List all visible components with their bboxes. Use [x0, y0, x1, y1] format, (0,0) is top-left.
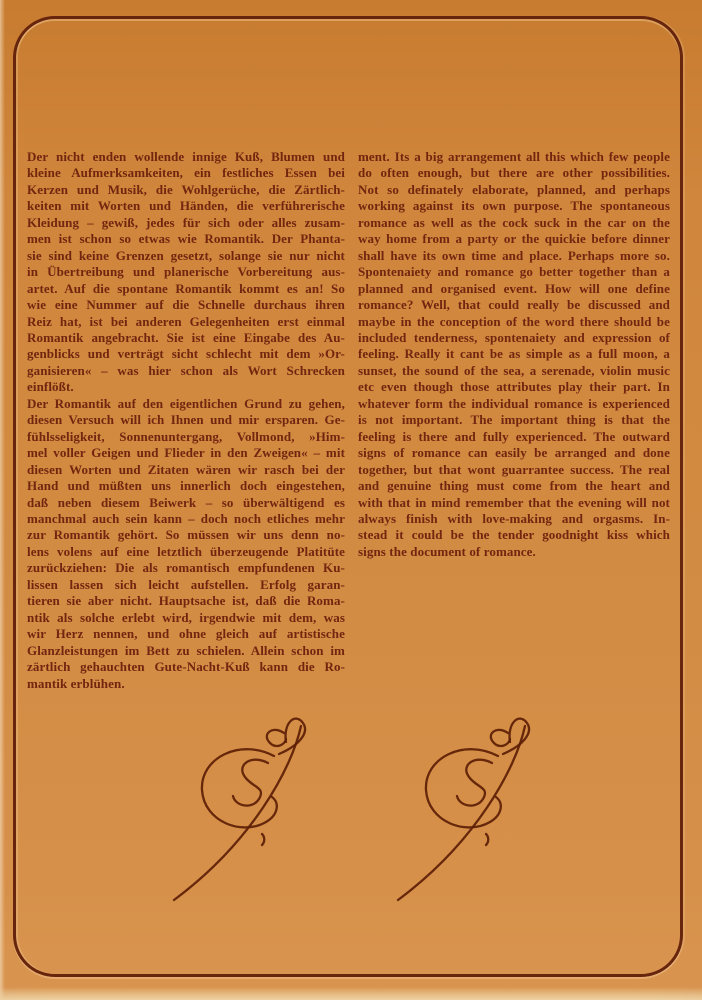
text-line: tieren sie aber nicht. Hauptsache ist, d…	[27, 593, 345, 609]
text-line: zur Romantik gehört. So müssen wir uns d…	[27, 527, 345, 543]
text-line: always finish with love-making and orgas…	[358, 511, 670, 527]
paragraph: Der Romantik auf den eigentlichen Grund …	[27, 396, 345, 692]
text-line: and genuine thing must come from the hea…	[358, 478, 670, 494]
text-line: with that in mind remember that the even…	[358, 495, 670, 511]
text-line: diesen Worten und Zitaten wären wir rasc…	[27, 462, 345, 478]
english-text-column: ment. Its a big arrangement all this whi…	[358, 149, 670, 560]
text-line: working against its own purpose. The spo…	[358, 198, 670, 214]
paragraph: Der nicht enden wollende innige Kuß, Blu…	[27, 149, 345, 396]
text-line: whatever form the individual romance is …	[358, 396, 670, 412]
text-line: sunset, the sound of the sea, a serenade…	[358, 363, 670, 379]
text-line: Der Romantik auf den eigentlichen Grund …	[27, 396, 345, 412]
text-line: Glanzleistungen im Bett zu schielen. All…	[27, 643, 345, 659]
text-line: zärtlich gehauchten Gute-Nacht-Kuß kann …	[27, 659, 345, 675]
text-line: maybe in the conception of the word ther…	[358, 314, 670, 330]
text-line: Spontenaiety and romance go better toget…	[358, 264, 670, 280]
text-line: manchmal auch sein kann – doch noch etli…	[27, 511, 345, 527]
text-line: Romantik angebracht. Sie ist eine Eingab…	[27, 330, 345, 346]
text-line: Reiz hat, ist bei anderen Gelegenheiten …	[27, 314, 345, 330]
text-line: einflößt.	[27, 379, 345, 395]
text-line: keiten mit Worten und Händen, die verfüh…	[27, 198, 345, 214]
text-line: lissen lassen sich leicht aufstellen. Er…	[27, 577, 345, 593]
text-line: mantik erblühen.	[27, 676, 345, 692]
text-line: ment. Its a big arrangement all this whi…	[358, 149, 670, 165]
photo-edge-left	[0, 0, 5, 1000]
text-line: zurückziehen: Die als romantisch empfund…	[27, 560, 345, 576]
text-line: Kerzen und Musik, die Wohlgerüche, die Z…	[27, 182, 345, 198]
signature-left-icon	[168, 706, 318, 906]
text-line: signs of romance can easily be arranged …	[358, 445, 670, 461]
text-line: way home from a party or the quickie bef…	[358, 231, 670, 247]
text-line: romance as well as the cock suck in the …	[358, 215, 670, 231]
text-line: feeling. Really it cant be as simple as …	[358, 346, 670, 362]
text-line: in Übertreibung und planerische Vorberei…	[27, 264, 345, 280]
text-line: daß neben diesem Beiwerk – so überwältig…	[27, 495, 345, 511]
photo-edge-bottom	[0, 987, 702, 1000]
text-line: artet. Auf die spontane Romantik kommt e…	[27, 281, 345, 297]
paragraph: ment. Its a big arrangement all this whi…	[358, 149, 670, 560]
text-line: signs the document of romance.	[358, 544, 670, 560]
text-line: Der nicht enden wollende innige Kuß, Blu…	[27, 149, 345, 165]
book-page: Der nicht enden wollende innige Kuß, Blu…	[0, 0, 702, 1000]
text-line: wie eine Nummer auf die Schnelle durchau…	[27, 297, 345, 313]
text-line: shall have its own time and place. Perha…	[358, 248, 670, 264]
text-line: Hand und müßten uns innerlich doch einge…	[27, 478, 345, 494]
text-line: Kleidung – gewiß, jedes für sich oder al…	[27, 215, 345, 231]
text-line: feeling is there and fully experienced. …	[358, 429, 670, 445]
text-line: etc even though those attributes play th…	[358, 379, 670, 395]
text-line: diesen Versuch will ich Ihnen und mir er…	[27, 412, 345, 428]
text-line: romance? Well, that could really be disc…	[358, 297, 670, 313]
text-line: lens volens auf eine letztlich überzeuge…	[27, 544, 345, 560]
text-line: fühlsseligkeit, Sonnenuntergang, Vollmon…	[27, 429, 345, 445]
text-line: mel voller Geigen und Flieder in den Zwe…	[27, 445, 345, 461]
text-line: Not so definately elaborate, planned, an…	[358, 182, 670, 198]
text-line: genblicks und verträgt sicht schlecht mi…	[27, 346, 345, 362]
text-line: wir Herz nennen, und ohne gleich auf art…	[27, 626, 345, 642]
text-line: stead it could be the tender goodnight k…	[358, 527, 670, 543]
text-line: ganisieren« – was hier schon als Wort Sc…	[27, 363, 345, 379]
german-text-column: Der nicht enden wollende innige Kuß, Blu…	[27, 149, 345, 692]
text-line: planned and organised event. How will on…	[358, 281, 670, 297]
text-line: together, but that wont guarrantee succe…	[358, 462, 670, 478]
text-line: men ist schon so etwas wie Romantik. Der…	[27, 231, 345, 247]
text-line: included tenderness, spontenaiety and ex…	[358, 330, 670, 346]
signature-right-icon	[392, 706, 542, 906]
text-line: do often enough, but there are other pos…	[358, 165, 670, 181]
text-line: is not important. The important thing is…	[358, 412, 670, 428]
text-line: sie sind keine Grenzen gesetzt, solange …	[27, 248, 345, 264]
text-line: ntik als solche erlebt wird, irgendwie m…	[27, 610, 345, 626]
text-line: kleine Aufmerksamkeiten, ein festliches …	[27, 165, 345, 181]
